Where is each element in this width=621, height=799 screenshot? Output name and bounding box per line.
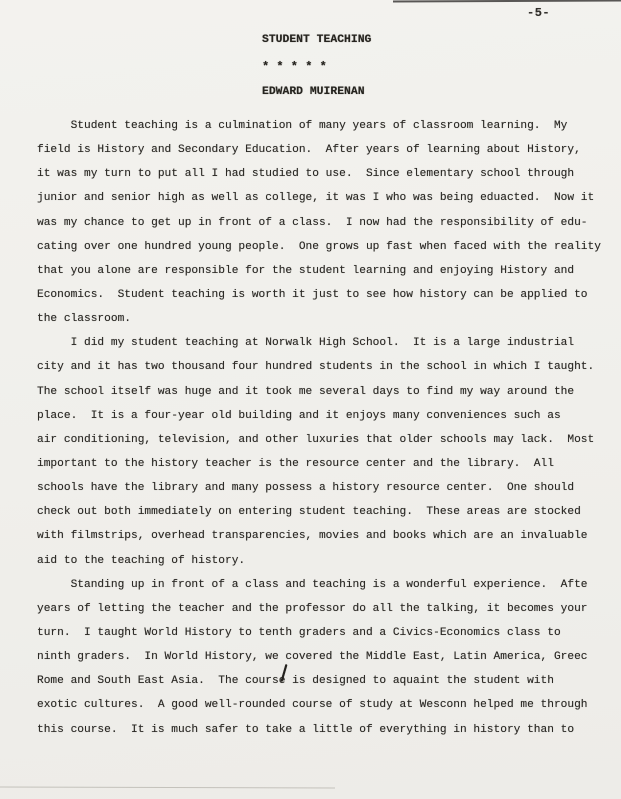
text-line: Student teaching is a culmination of man… (37, 114, 612, 138)
text-line: exotic cultures. A good well-rounded cou… (37, 693, 612, 717)
text-line: schools have the library and many posses… (37, 476, 612, 500)
text-line: The school itself was huge and it took m… (37, 380, 612, 404)
document-body: Student teaching is a culmination of man… (37, 114, 612, 742)
scan-edge-artifact-top (393, 0, 621, 3)
text-line: years of letting the teacher and the pro… (37, 597, 612, 621)
text-line: that you alone are responsible for the s… (37, 259, 612, 283)
text-line: Economics. Student teaching is worth it … (37, 283, 612, 307)
text-line: Standing up in front of a class and teac… (37, 573, 612, 597)
text-line: it was my turn to put all I had studied … (37, 162, 612, 186)
asterisk-separator: * * * * * (262, 60, 371, 74)
author-name: EDWARD MUIRENAN (262, 86, 371, 98)
text-line: field is History and Secondary Education… (37, 138, 612, 162)
text-line: aid to the teaching of history. (37, 549, 612, 573)
text-line: was my chance to get up in front of a cl… (37, 211, 612, 235)
text-line: city and it has two thousand four hundre… (37, 355, 612, 379)
text-line: I did my student teaching at Norwalk Hig… (37, 331, 612, 355)
document-page: -5- STUDENT TEACHING * * * * * EDWARD MU… (0, 0, 621, 799)
text-line: Rome and South East Asia. The course is … (37, 669, 612, 693)
text-line: this course. It is much safer to take a … (37, 718, 612, 742)
text-line: place. It is a four-year old building an… (37, 404, 612, 428)
text-line: junior and senior high as well as colleg… (37, 186, 612, 210)
document-title: STUDENT TEACHING (262, 34, 371, 46)
page-number: -5- (527, 6, 550, 20)
document-header: STUDENT TEACHING * * * * * EDWARD MUIREN… (262, 34, 371, 98)
text-line: check out both immediately on entering s… (37, 500, 612, 524)
text-line: air conditioning, television, and other … (37, 428, 612, 452)
text-line: turn. I taught World History to tenth gr… (37, 621, 612, 645)
text-line: important to the history teacher is the … (37, 452, 612, 476)
text-line: with filmstrips, overhead transparencies… (37, 524, 612, 548)
text-line: the classroom. (37, 307, 612, 331)
scan-edge-artifact-bottom (0, 787, 335, 789)
text-line: cating over one hundred young people. On… (37, 235, 612, 259)
text-line: ninth graders. In World History, we cove… (37, 645, 612, 669)
